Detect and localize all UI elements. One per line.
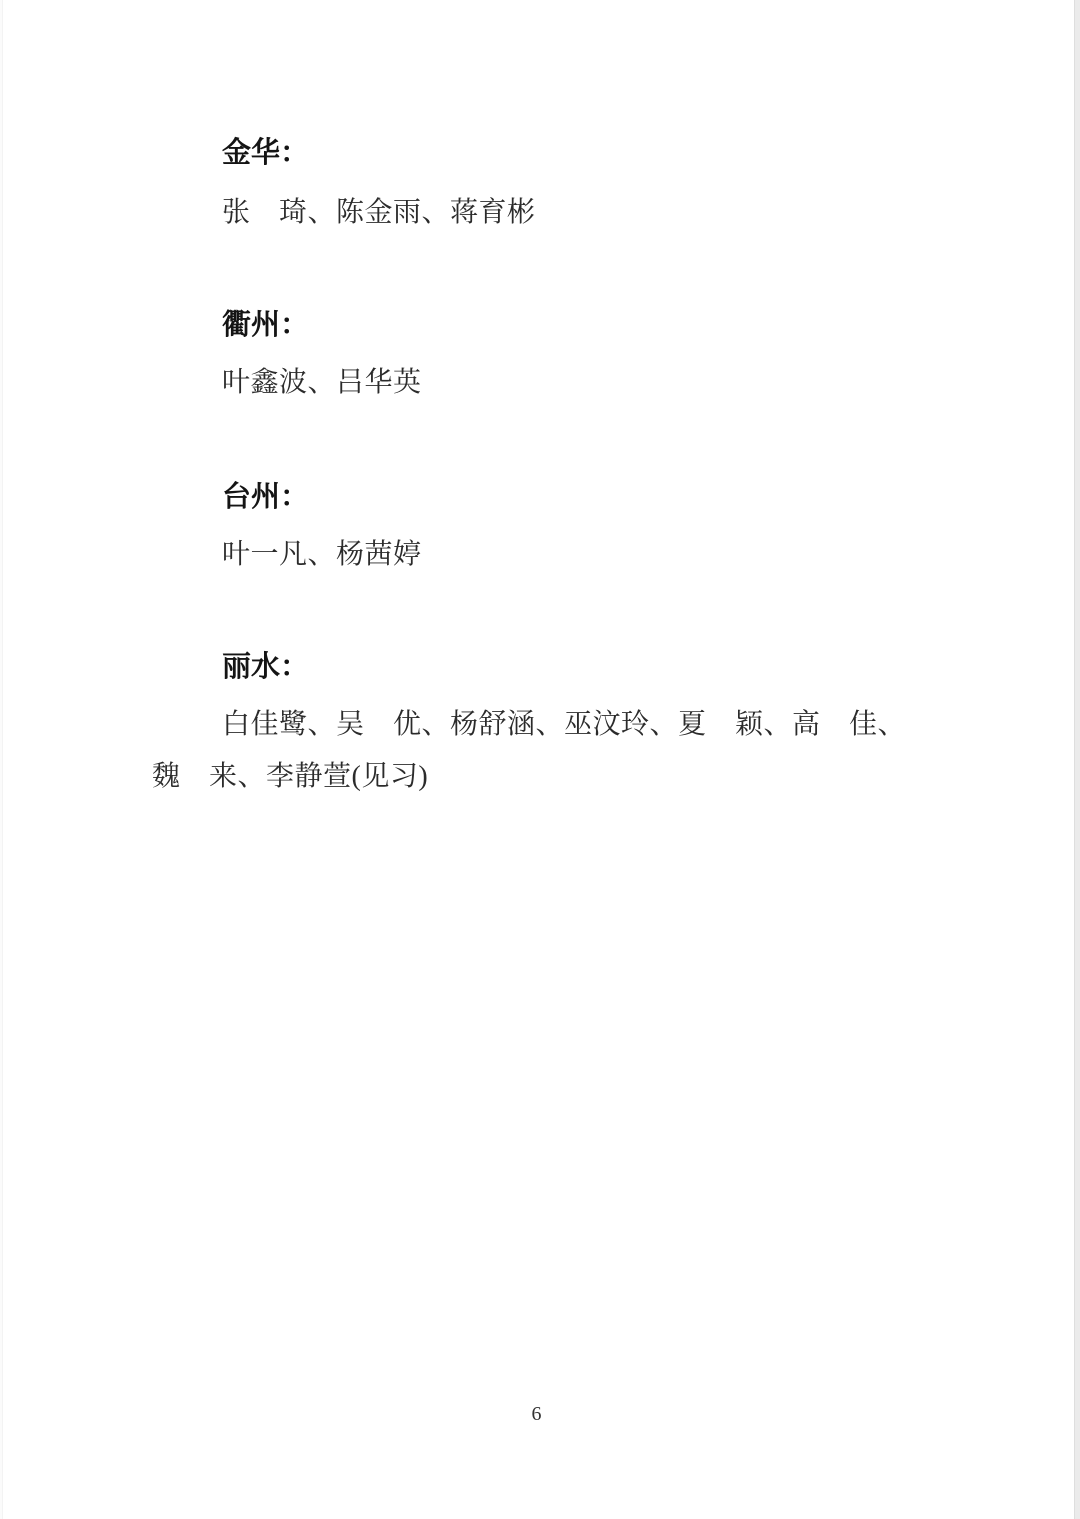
section-header-quzhou: 衢州： bbox=[222, 308, 309, 343]
page-left-edge bbox=[0, 0, 3, 1519]
section-header-taizhou: 台州： bbox=[222, 480, 309, 515]
page-number: 6 bbox=[0, 1403, 1073, 1426]
names-line-taizhou: 叶一凡、杨茜婷 bbox=[222, 538, 422, 572]
names-line-quzhou: 叶鑫波、吕华英 bbox=[222, 366, 422, 400]
names-line-lishui-2: 魏 来、李静萱(见习) bbox=[152, 760, 428, 794]
section-header-lishui: 丽水： bbox=[222, 650, 309, 685]
document-page: 金华： 张 琦、陈金雨、蒋育彬 衢州： 叶鑫波、吕华英 台州： 叶一凡、杨茜婷 … bbox=[0, 0, 1080, 1519]
names-line-lishui-1: 白佳鹭、吴 优、杨舒涵、巫汶玲、夏 颖、高 佳、 bbox=[222, 708, 906, 742]
names-line-jinhua: 张 琦、陈金雨、蒋育彬 bbox=[222, 196, 536, 230]
section-header-jinhua: 金华： bbox=[222, 136, 309, 171]
scrollbar-track[interactable] bbox=[1074, 0, 1080, 1519]
